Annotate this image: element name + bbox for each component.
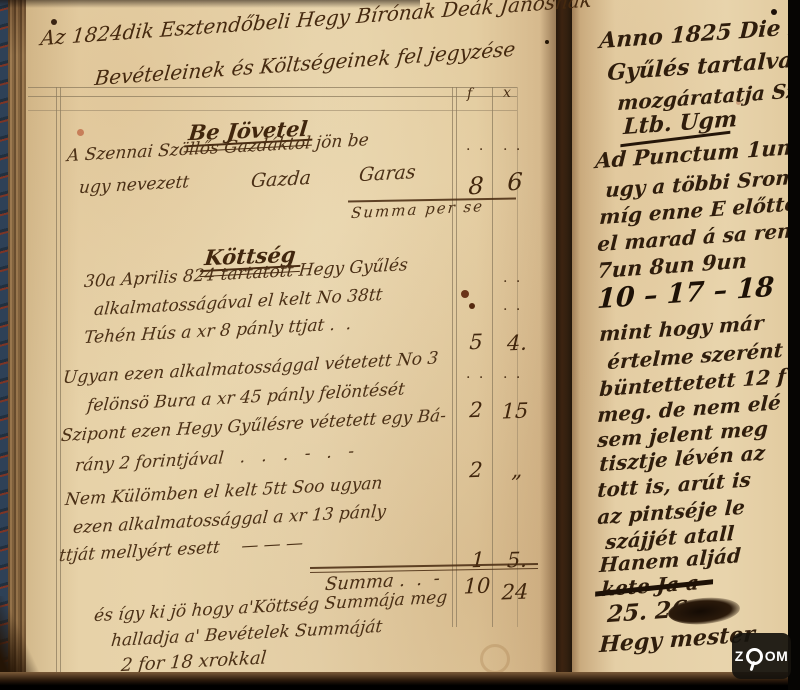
right-photo-edge bbox=[788, 0, 800, 690]
income-amount-krajcar: 6 bbox=[498, 167, 533, 196]
ruled-line-col-f-a bbox=[452, 87, 453, 627]
expense-2-ditto-2: . . bbox=[503, 366, 522, 382]
zoom-watermark: Z OM bbox=[732, 633, 791, 679]
expense-1-ditto-1: . . bbox=[503, 270, 522, 286]
zoom-watermark-z: Z bbox=[735, 648, 744, 664]
ruled-line-col-x bbox=[492, 87, 493, 627]
manuscript-photo: f x Az 1824dik Esztendőbeli Hegy Bírónak… bbox=[0, 0, 800, 690]
stain-ring bbox=[480, 644, 510, 674]
expense-1-ditto-2: . . bbox=[503, 298, 522, 314]
ruled-line-top-3 bbox=[28, 110, 517, 111]
zoom-watermark-om: OM bbox=[765, 648, 789, 664]
expense-1-krajcar: 4. bbox=[500, 330, 535, 355]
expense-3-krajcar: „ bbox=[500, 457, 535, 482]
expense-2-ditto-1: . . bbox=[466, 366, 485, 382]
ruled-line-col-f-b bbox=[456, 87, 457, 627]
expense-summa-krajcar: 24 bbox=[498, 579, 533, 604]
magnifier-icon bbox=[746, 648, 763, 665]
column-header-forint: f bbox=[467, 86, 472, 102]
expense-2-krajcar: 15 bbox=[498, 398, 533, 423]
expense-3-forint: 2 bbox=[464, 458, 489, 483]
income-line-2c: Garas bbox=[358, 161, 417, 186]
expense-2-forint: 2 bbox=[464, 398, 489, 423]
ruled-line-top-2 bbox=[28, 96, 517, 97]
ruled-line-margin-left-b bbox=[60, 87, 61, 675]
book-gutter bbox=[540, 0, 580, 690]
bottom-photo-edge bbox=[0, 672, 800, 690]
expense-summa-forint: 10 bbox=[462, 573, 493, 598]
income-ditto-x: . . bbox=[503, 138, 522, 154]
red-specks bbox=[0, 0, 5, 5]
income-ditto-f: . . bbox=[466, 138, 485, 154]
column-header-krajcar: x bbox=[503, 85, 511, 101]
ruled-line-margin-left-a bbox=[56, 87, 57, 675]
income-line-2b: Gazda bbox=[250, 167, 312, 192]
expense-1-forint: 5 bbox=[464, 330, 489, 355]
